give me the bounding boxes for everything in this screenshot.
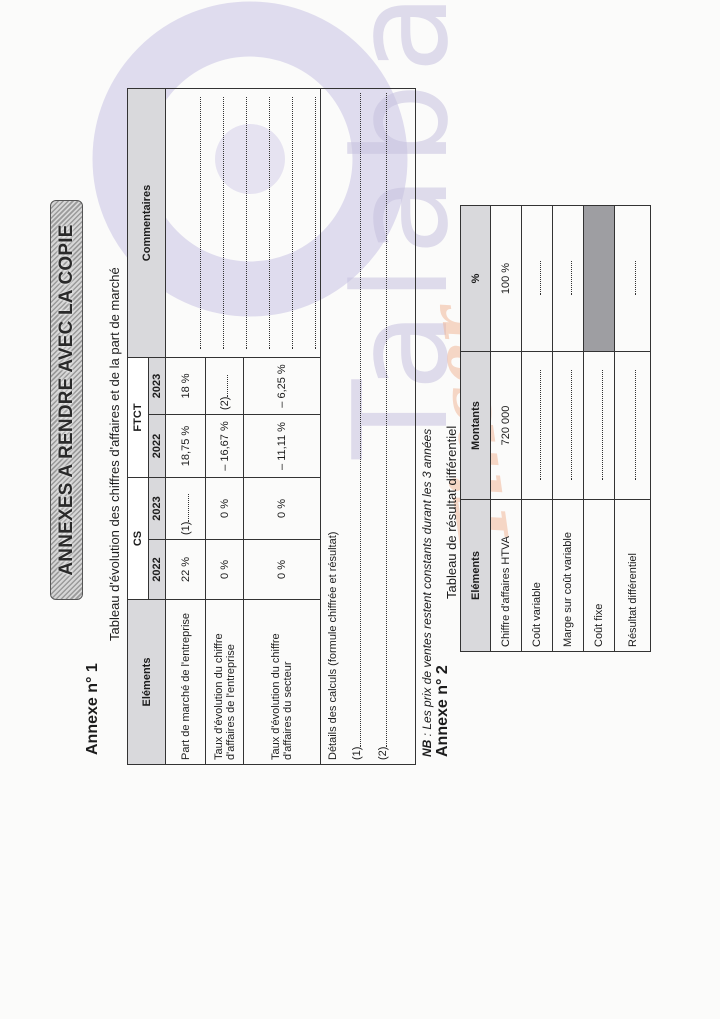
answer-field-1[interactable]: (1) (166, 478, 206, 540)
col-elements: Eléments (128, 600, 166, 765)
col-percent: % (461, 206, 491, 352)
note: NB : Les prix de ventes restent constant… (420, 429, 434, 757)
percent-input[interactable] (615, 206, 651, 352)
col-commentaires: Commentaires (128, 89, 166, 358)
col-ftct-2023: 2023 (149, 358, 166, 415)
table-row: Chiffre d'affaires HTVA 720 000 100 % (491, 206, 522, 652)
table-row: Résultat différentiel (615, 206, 651, 652)
cell-percent: 100 % (491, 206, 522, 352)
col-cs-2022: 2022 (149, 540, 166, 600)
details-row: Détails des calculs (formule chiffrée et… (321, 89, 416, 765)
note-prefix: NB (420, 740, 434, 757)
col-ftct: FTCT (128, 358, 149, 478)
cell-montant: 720 000 (491, 352, 522, 500)
montant-input[interactable] (522, 352, 553, 500)
table-row: Coût variable (522, 206, 553, 652)
row-label: Coût fixe (584, 500, 615, 652)
annexe2-heading: Annexe n° 2 (434, 665, 452, 757)
cell-value: 0 % (206, 540, 244, 600)
annexes-banner: ANNEXES A RENDRE AVEC LA COPIE (50, 200, 83, 600)
montant-input[interactable] (553, 352, 584, 500)
details-item-label: (2) (377, 747, 389, 760)
differential-result-table: Eléments Montants % Chiffre d'affaires H… (460, 205, 651, 652)
cell-value: – 16,67 % (206, 415, 244, 478)
row-label: Marge sur coût variable (553, 500, 584, 652)
row-label: Taux d'évolution du chiffre d'affaires d… (206, 600, 244, 765)
montant-input[interactable] (615, 352, 651, 500)
annexe2-table-title: Tableau de résultat différentiel (444, 426, 459, 599)
rotated-page: Talaba Tinser ANNEXES A RENDRE AVEC LA C… (0, 0, 720, 1019)
details-item-label: (1) (351, 747, 363, 760)
col-montants: Montants (461, 352, 491, 500)
details-line-1[interactable]: (1) (351, 93, 363, 760)
banner-text: ANNEXES A RENDRE AVEC LA COPIE (56, 224, 78, 575)
col-elements: Eléments (461, 500, 491, 652)
row-label: Résultat différentiel (615, 500, 651, 652)
row-label: Taux d'évolution du chiffre d'affaires d… (244, 600, 321, 765)
table-row: Marge sur coût variable (553, 206, 584, 652)
percent-shaded-cell (584, 206, 615, 352)
cell-value: – 6,25 % (244, 358, 321, 415)
table-row: Coût fixe (584, 206, 615, 652)
cell-value: – 11,11 % (244, 415, 321, 478)
cell-value: 0 % (244, 540, 321, 600)
col-cs-2023: 2023 (149, 478, 166, 540)
cell-value: (2) (219, 397, 231, 410)
percent-input[interactable] (522, 206, 553, 352)
cell-value: 0 % (244, 478, 321, 540)
percent-input[interactable] (553, 206, 584, 352)
montant-input[interactable] (584, 352, 615, 500)
col-ftct-2022: 2022 (149, 415, 166, 478)
cell-value: 0 % (206, 478, 244, 540)
row-label: Chiffre d'affaires HTVA (491, 500, 522, 652)
row-label: Coût variable (522, 500, 553, 652)
details-line-2[interactable]: (2) (377, 93, 389, 760)
answer-field-2[interactable]: (2) (206, 358, 244, 415)
row-label: Part de marché de l'entreprise (166, 600, 206, 765)
annexe1-heading: Annexe n° 1 (84, 663, 102, 755)
evolution-table: Eléments CS FTCT Commentaires 2022 2023 … (127, 88, 416, 765)
annexe1-table-title: Tableau d'évolution des chiffres d'affai… (107, 267, 122, 641)
col-cs: CS (128, 478, 149, 600)
cell-value: 22 % (166, 540, 206, 600)
cell-value: 18 % (166, 358, 206, 415)
table-row: Part de marché de l'entreprise 22 % (1) … (166, 89, 206, 765)
cell-value: 18,75 % (166, 415, 206, 478)
note-text: : Les prix de ventes restent constants d… (420, 429, 434, 740)
details-label: Détails des calculs (formule chiffrée et… (327, 93, 339, 760)
commentaires-field[interactable] (166, 89, 321, 358)
cell-value: (1) (180, 522, 192, 535)
